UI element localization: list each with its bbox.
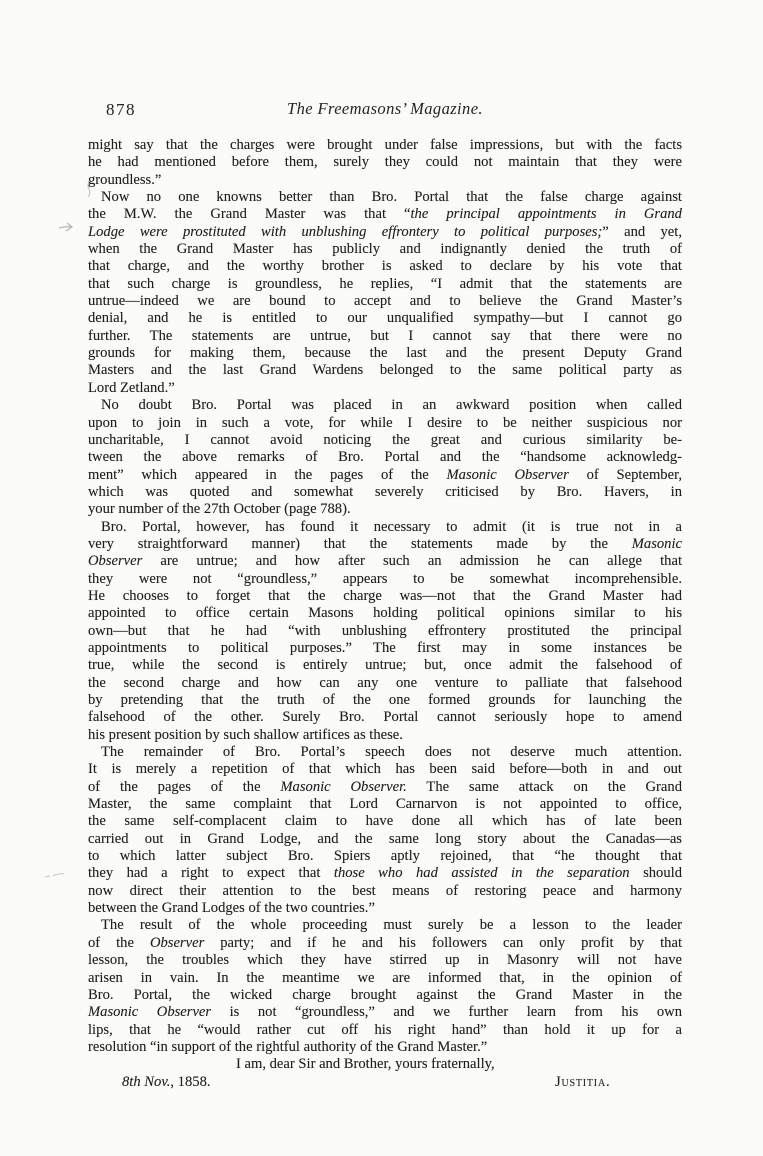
text-line: that such charge is groundless, he repli…	[88, 276, 682, 293]
text-line: which was quoted and somewhat severely c…	[88, 484, 682, 501]
text-line: ment” which appeared in the pages of the…	[88, 467, 682, 484]
text-line: Masters and the last Grand Wardens belon…	[88, 362, 682, 379]
date-day-month: 8th Nov.	[122, 1074, 170, 1090]
text-line: he had mentioned before them, surely the…	[88, 154, 682, 171]
text-line: falsehood of the other. Surely Bro. Port…	[88, 709, 682, 726]
text-line: lips, that he “would rather cut off his …	[88, 1022, 682, 1039]
text-line: upon to join in such a vote, for while I…	[88, 415, 682, 432]
text-line: Now no one knowns better than Bro. Porta…	[88, 189, 682, 206]
text-column: 878 The Freemasons’ Magazine. might say …	[88, 99, 682, 1091]
text-line: appointments to political purposes.” The…	[88, 640, 682, 657]
date-line: 8th Nov., 1858.	[88, 1074, 211, 1090]
text-line: The result of the whole proceeding must …	[88, 917, 682, 934]
text-line: The remainder of Bro. Portal’s speech do…	[88, 744, 682, 761]
date-year: , 1858.	[170, 1074, 210, 1090]
text-line: that charge, and the worthy brother is a…	[88, 258, 682, 275]
text-line: Lord Zetland.”	[88, 380, 682, 397]
text-line: untrue—indeed we are bound to accept and…	[88, 293, 682, 310]
text-line: denial, and he is entitled to our unqual…	[88, 310, 682, 327]
text-line: the second charge and how can any one ve…	[88, 675, 682, 692]
text-line: uncharitable, I cannot avoid noticing th…	[88, 432, 682, 449]
text-line: It is merely a repetition of that which …	[88, 761, 682, 778]
text-line: arisen in vain. In the meantime we are i…	[88, 970, 682, 987]
text-line: No doubt Bro. Portal was placed in an aw…	[88, 397, 682, 414]
text-line: He chooses to forget that the charge was…	[88, 588, 682, 605]
page-number: 878	[106, 100, 136, 120]
text-line: the same self-complacent claim to have d…	[88, 813, 682, 830]
text-line: his present position by such shallow art…	[88, 727, 682, 744]
text-line: by pretending that the truth of the one …	[88, 692, 682, 709]
text-line: groundless.”	[88, 172, 682, 189]
text-line: very straightforward manner) that the st…	[88, 536, 682, 553]
text-line: tween the above remarks of Bro. Portal a…	[88, 449, 682, 466]
text-line: grounds for making them, because the las…	[88, 345, 682, 362]
text-line: further. The statements are untrue, but …	[88, 328, 682, 345]
text-line: appointed to office certain Masons holdi…	[88, 605, 682, 622]
text-line: lesson, the troubles which they have sti…	[88, 952, 682, 969]
running-header: 878 The Freemasons’ Magazine.	[88, 99, 682, 121]
text-line: of the Observer party; and if he and his…	[88, 935, 682, 952]
text-line: Lodge were prostituted with unblushing e…	[88, 224, 682, 241]
text-line: Masonic Observer is not “groundless,” an…	[88, 1004, 682, 1021]
scanned-page: 878 The Freemasons’ Magazine. might say …	[0, 0, 763, 1156]
text-line: your number of the 27th October (page 78…	[88, 501, 682, 518]
magazine-title: The Freemasons’ Magazine.	[88, 99, 682, 119]
text-line: resolution “in support of the rightful a…	[88, 1039, 682, 1056]
text-line: true, while the second is entirely untru…	[88, 657, 682, 674]
signature-row: 8th Nov., 1858. Justitia.	[88, 1074, 682, 1091]
text-line: they had a right to expect that those wh…	[88, 865, 682, 882]
text-line: they were not “groundless,” appears to b…	[88, 571, 682, 588]
text-line: between the Grand Lodges of the two coun…	[88, 900, 682, 917]
text-line: carried out in Grand Lodge, and the same…	[88, 831, 682, 848]
valediction-line: I am, dear Sir and Brother, yours frater…	[88, 1056, 682, 1073]
margin-pencil-dash	[44, 870, 66, 880]
text-line: Observer are untrue; and how after such …	[88, 553, 682, 570]
margin-pencil-arrow	[58, 220, 76, 234]
text-line: Bro. Portal, however, has found it neces…	[88, 519, 682, 536]
text-line: own—but that he had “with unblushing eff…	[88, 623, 682, 640]
text-line: now direct their attention to the best m…	[88, 883, 682, 900]
signature-name: Justitia.	[555, 1074, 610, 1091]
text-line: when the Grand Master has publicly and i…	[88, 241, 682, 258]
text-line: to which latter subject Bro. Spiers aptl…	[88, 848, 682, 865]
text-line: the M.W. the Grand Master was that “the …	[88, 206, 682, 223]
body-text: might say that the charges were brought …	[88, 137, 682, 1091]
text-line: of the pages of the Masonic Observer. Th…	[88, 779, 682, 796]
text-line: Master, the same complaint that Lord Car…	[88, 796, 682, 813]
text-line: Bro. Portal, the wicked charge brought a…	[88, 987, 682, 1004]
text-line: might say that the charges were brought …	[88, 137, 682, 154]
